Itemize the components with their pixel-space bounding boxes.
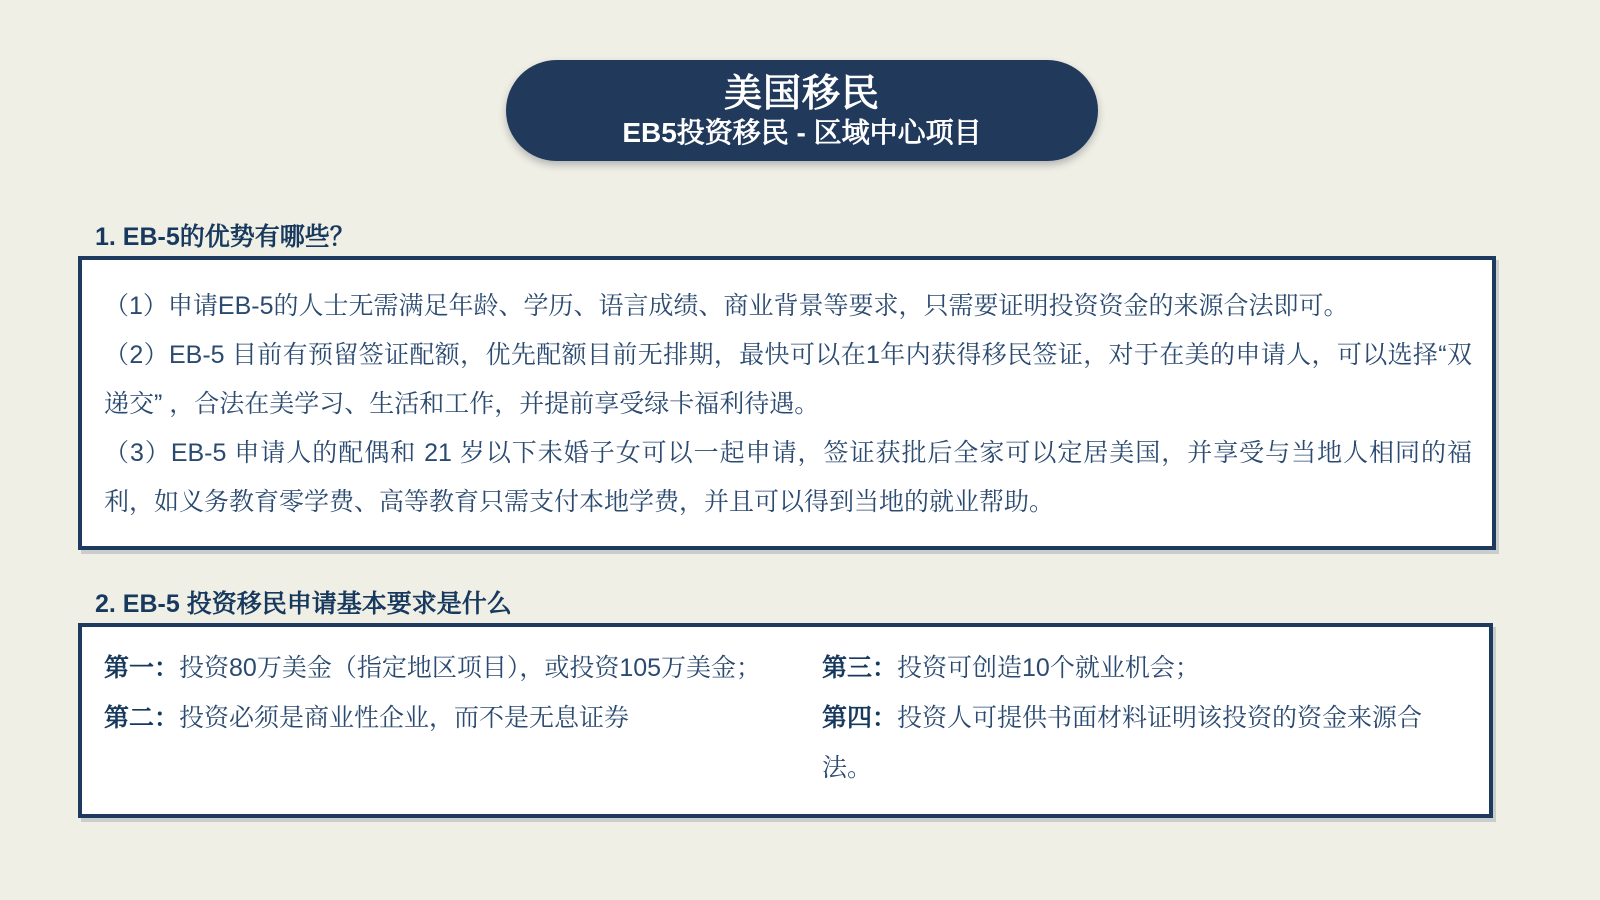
requirement-label: 第一： xyxy=(104,654,179,682)
section2-heading: 2. EB-5 投资移民申请基本要求是什么 xyxy=(95,584,512,620)
requirement-label: 第三： xyxy=(822,654,897,682)
slide-canvas: 美国移民 EB5投资移民 - 区域中心项目 1. EB-5的优势有哪些？ （1）… xyxy=(0,0,1600,900)
requirement-text: 投资80万美金（指定地区项目），或投资105万美金； xyxy=(179,654,761,682)
section1-heading: 1. EB-5的优势有哪些？ xyxy=(95,217,355,253)
advantage-paragraph-2: （2）EB-5 目前有预留签证配额，优先配额目前无排期，最快可以在1年内获得移民… xyxy=(104,331,1472,429)
page-subtitle: EB5投资移民 - 区域中心项目 xyxy=(622,116,981,150)
requirement-text: 投资必须是商业性企业，而不是无息证券 xyxy=(179,704,629,732)
requirement-item-1: 第一：投资80万美金（指定地区项目），或投资105万美金； xyxy=(104,643,822,693)
requirements-left-column: 第一：投资80万美金（指定地区项目），或投资105万美金； 第二：投资必须是商业… xyxy=(104,643,822,793)
requirement-text: 投资人可提供书面材料证明该投资的资金来源合法。 xyxy=(822,704,1422,782)
requirement-label: 第四： xyxy=(822,704,897,732)
page-title: 美国移民 xyxy=(724,72,880,116)
advantage-paragraph-3: （3）EB-5 申请人的配偶和 21 岁以下未婚子女可以一起申请，签证获批后全家… xyxy=(104,429,1472,527)
requirement-item-4: 第四：投资人可提供书面材料证明该投资的资金来源合法。 xyxy=(822,693,1469,793)
section1-content-box: （1）申请EB-5的人士无需满足年龄、学历、语言成绩、商业背景等要求，只需要证明… xyxy=(78,256,1496,550)
requirements-right-column: 第三：投资可创造10个就业机会； 第四：投资人可提供书面材料证明该投资的资金来源… xyxy=(822,643,1469,793)
section2-content-box: 第一：投资80万美金（指定地区项目），或投资105万美金； 第二：投资必须是商业… xyxy=(78,623,1493,818)
requirement-label: 第二： xyxy=(104,704,179,732)
advantage-paragraph-1: （1）申请EB-5的人士无需满足年龄、学历、语言成绩、商业背景等要求，只需要证明… xyxy=(104,282,1472,331)
requirement-item-2: 第二：投资必须是商业性企业，而不是无息证券 xyxy=(104,693,822,743)
requirement-text: 投资可创造10个就业机会； xyxy=(897,654,1200,682)
header-badge: 美国移民 EB5投资移民 - 区域中心项目 xyxy=(506,60,1098,161)
requirement-item-3: 第三：投资可创造10个就业机会； xyxy=(822,643,1469,693)
